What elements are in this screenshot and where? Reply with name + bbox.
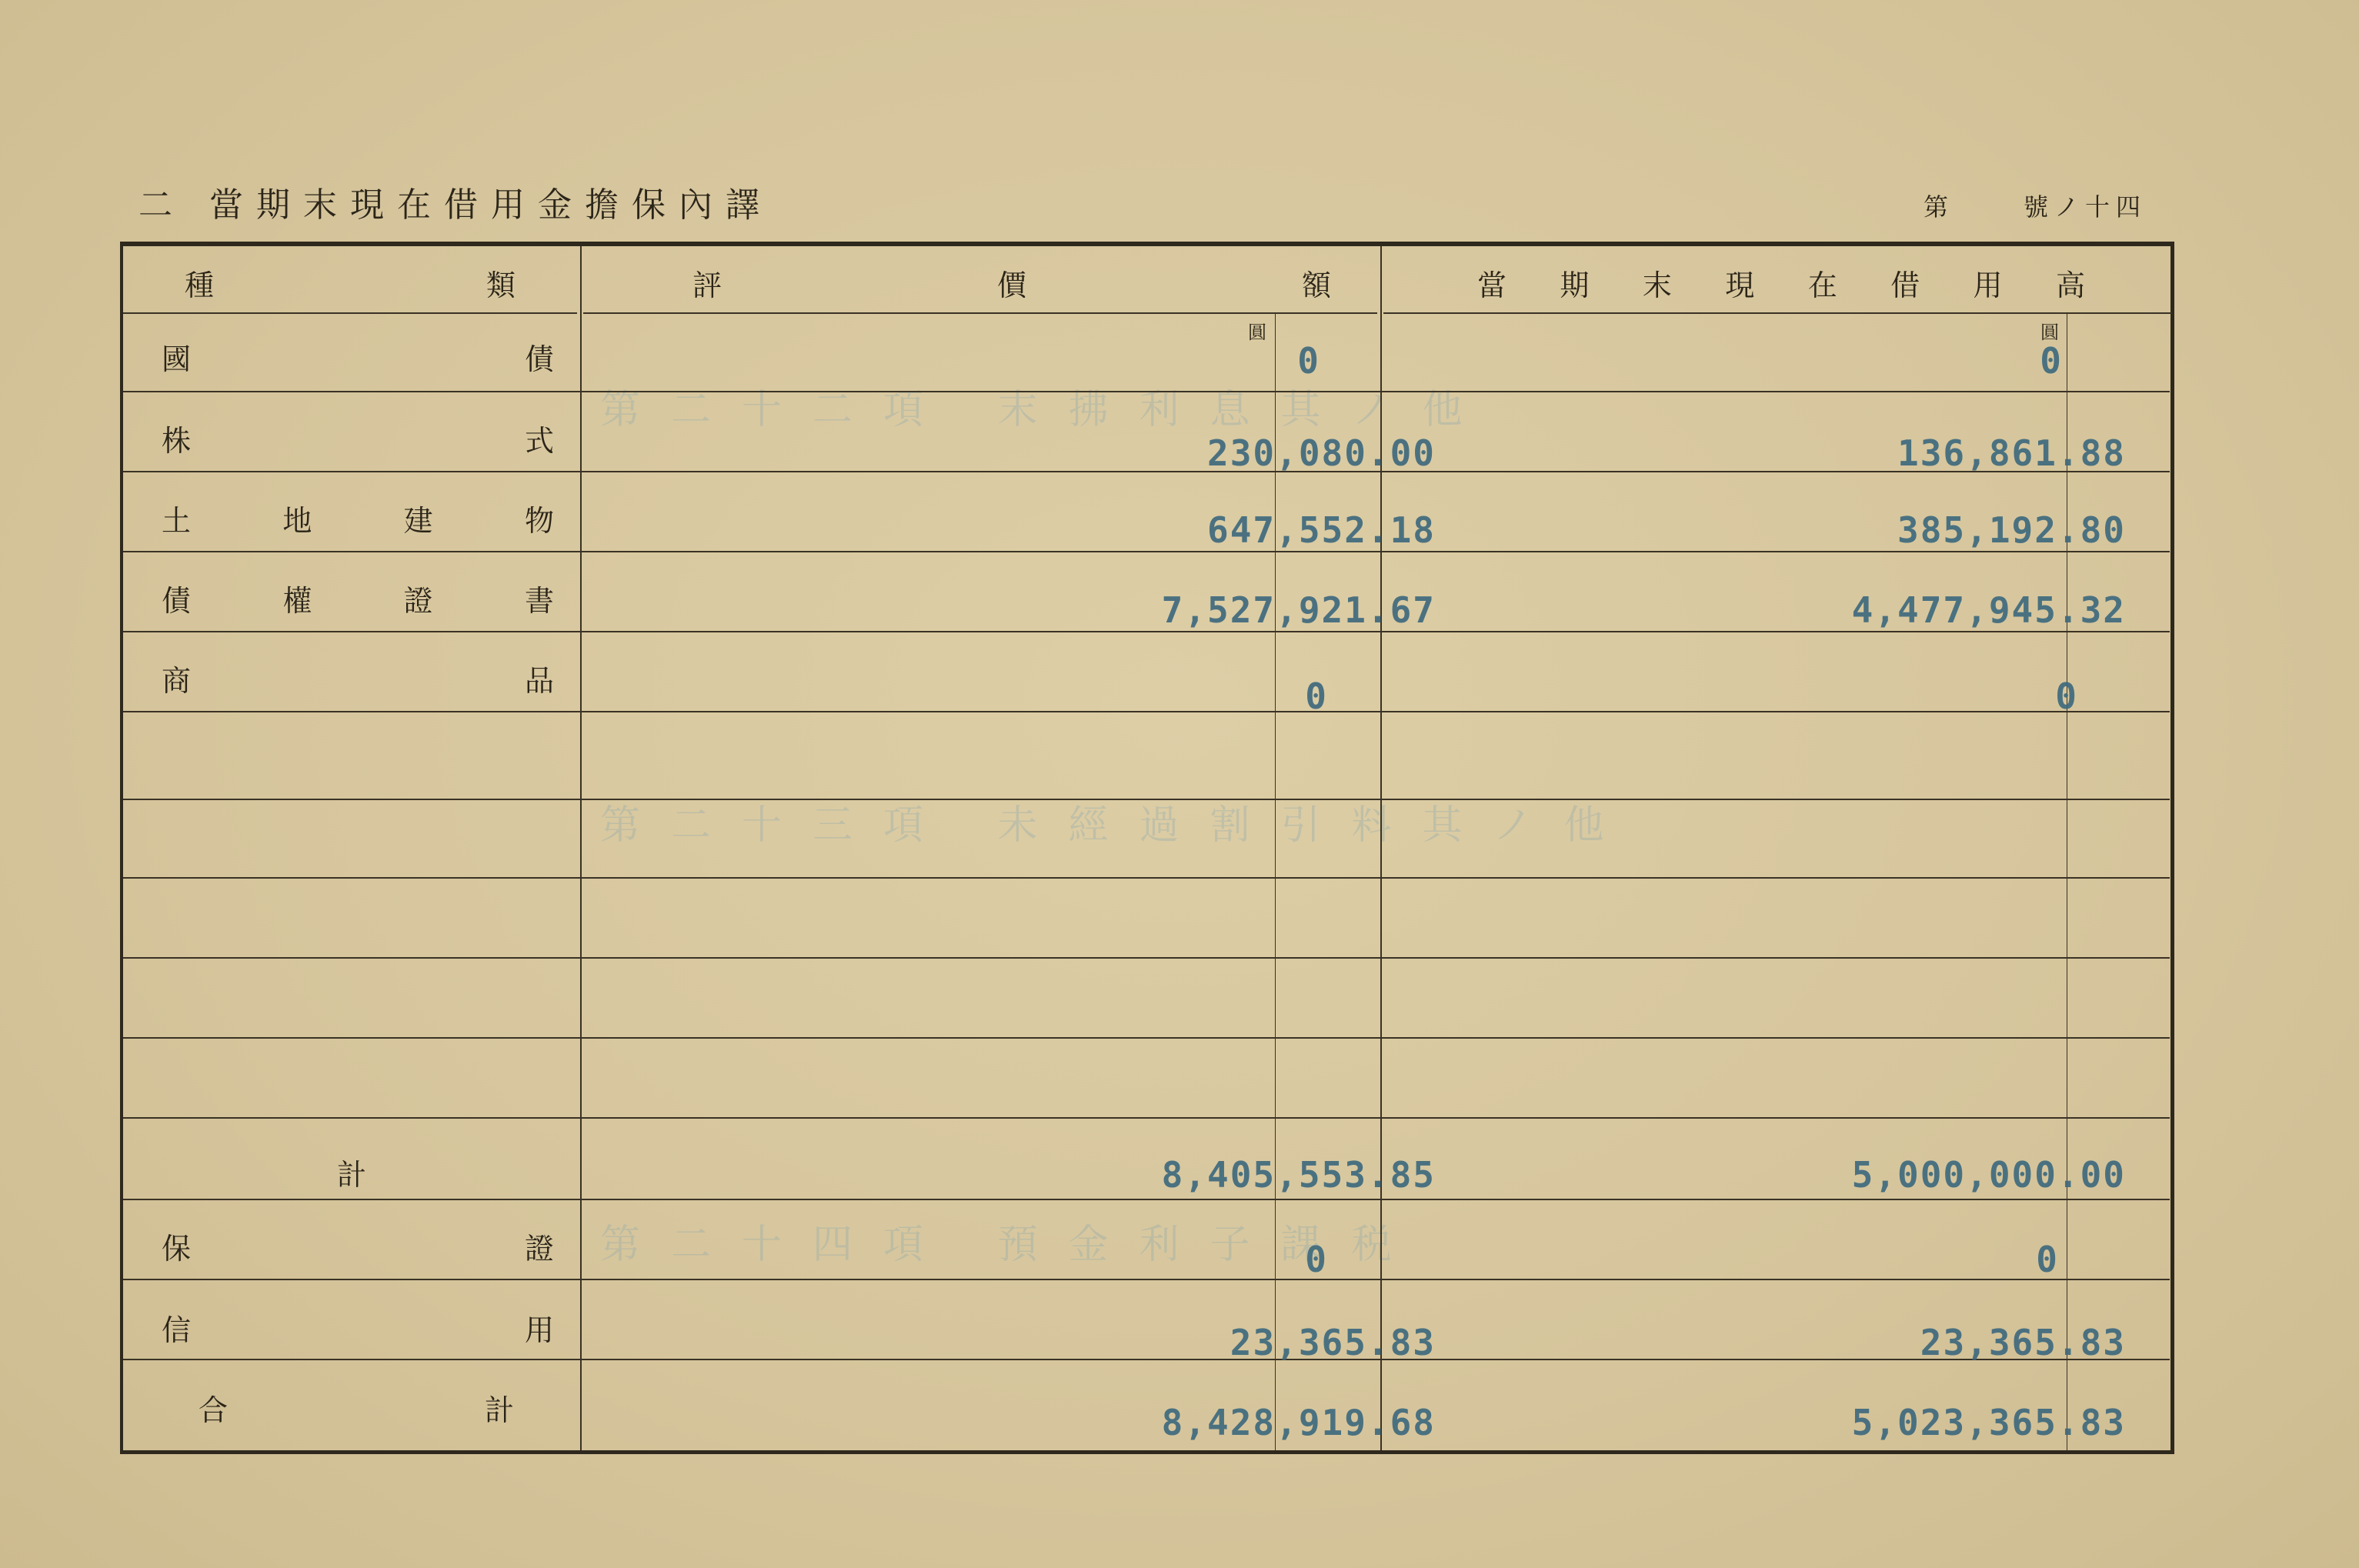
row-label-credit: 信用	[162, 1306, 554, 1349]
header-valuation: 評 價 額	[692, 262, 1331, 304]
valuation-guarantee: 0	[1305, 1239, 1328, 1280]
borrowing-grand-total: 5,023,365.83	[1852, 1402, 2126, 1443]
header-current-borrowing: 當 期 末 現 在 借 用 高	[1477, 262, 2085, 304]
row-label-merchandise: 商品	[162, 657, 554, 699]
row-label-subtotal: 計	[337, 1151, 366, 1193]
valuation-subtotal: 8,405,553.85	[1162, 1154, 1436, 1196]
borrowing-bond-certificates: 4,477,945.32	[1852, 589, 2126, 631]
row-label-bond-certificates: 債權證書	[162, 577, 554, 619]
valuation-stocks: 230,080.00	[1207, 432, 1436, 474]
section-title: 二 當期末現在借用金擔保內譯	[138, 177, 772, 226]
column-divider	[580, 246, 582, 1450]
borrowing-guarantee: 0	[2036, 1239, 2059, 1280]
borrowing-land-buildings: 385,192.80	[1897, 509, 2126, 551]
issue-number-label: 號ノ十四	[2024, 188, 2147, 223]
currency-unit: 圓	[1248, 317, 1266, 344]
issue-prefix: 第	[1924, 188, 2024, 223]
valuation-credit: 23,365.83	[1230, 1322, 1436, 1363]
row-label-land-buildings: 土地建物	[162, 497, 554, 539]
borrowing-national-bonds: 0	[2040, 340, 2063, 382]
valuation-national-bonds: 0	[1297, 340, 1320, 382]
row-label-stocks: 株式	[162, 417, 554, 459]
borrowing-stocks: 136,861.88	[1897, 432, 2126, 474]
valuation-land-buildings: 647,552.18	[1207, 509, 1436, 551]
row-label-guarantee: 保證	[162, 1225, 554, 1267]
valuation-bond-certificates: 7,527,921.67	[1162, 589, 1436, 631]
row-label-national-bonds: 國債	[162, 335, 554, 378]
row-label-grand-total: 合計	[199, 1386, 514, 1429]
column-divider	[1380, 246, 1382, 1450]
valuation-grand-total: 8,428,919.68	[1162, 1402, 1436, 1443]
collateral-table: 種 類 評 價 額 當 期 末 現 在 借 用 高 圓 圓 國債 株式 土地建物	[120, 242, 2174, 1454]
header-type: 種 類	[185, 262, 516, 304]
valuation-merchandise: 0	[1305, 676, 1328, 717]
borrowing-credit: 23,365.83	[1920, 1322, 2126, 1363]
issue-number: 第 號ノ十四	[1924, 188, 2147, 223]
borrowing-subtotal: 5,000,000.00	[1852, 1154, 2126, 1196]
borrowing-merchandise: 0	[2055, 676, 2078, 717]
